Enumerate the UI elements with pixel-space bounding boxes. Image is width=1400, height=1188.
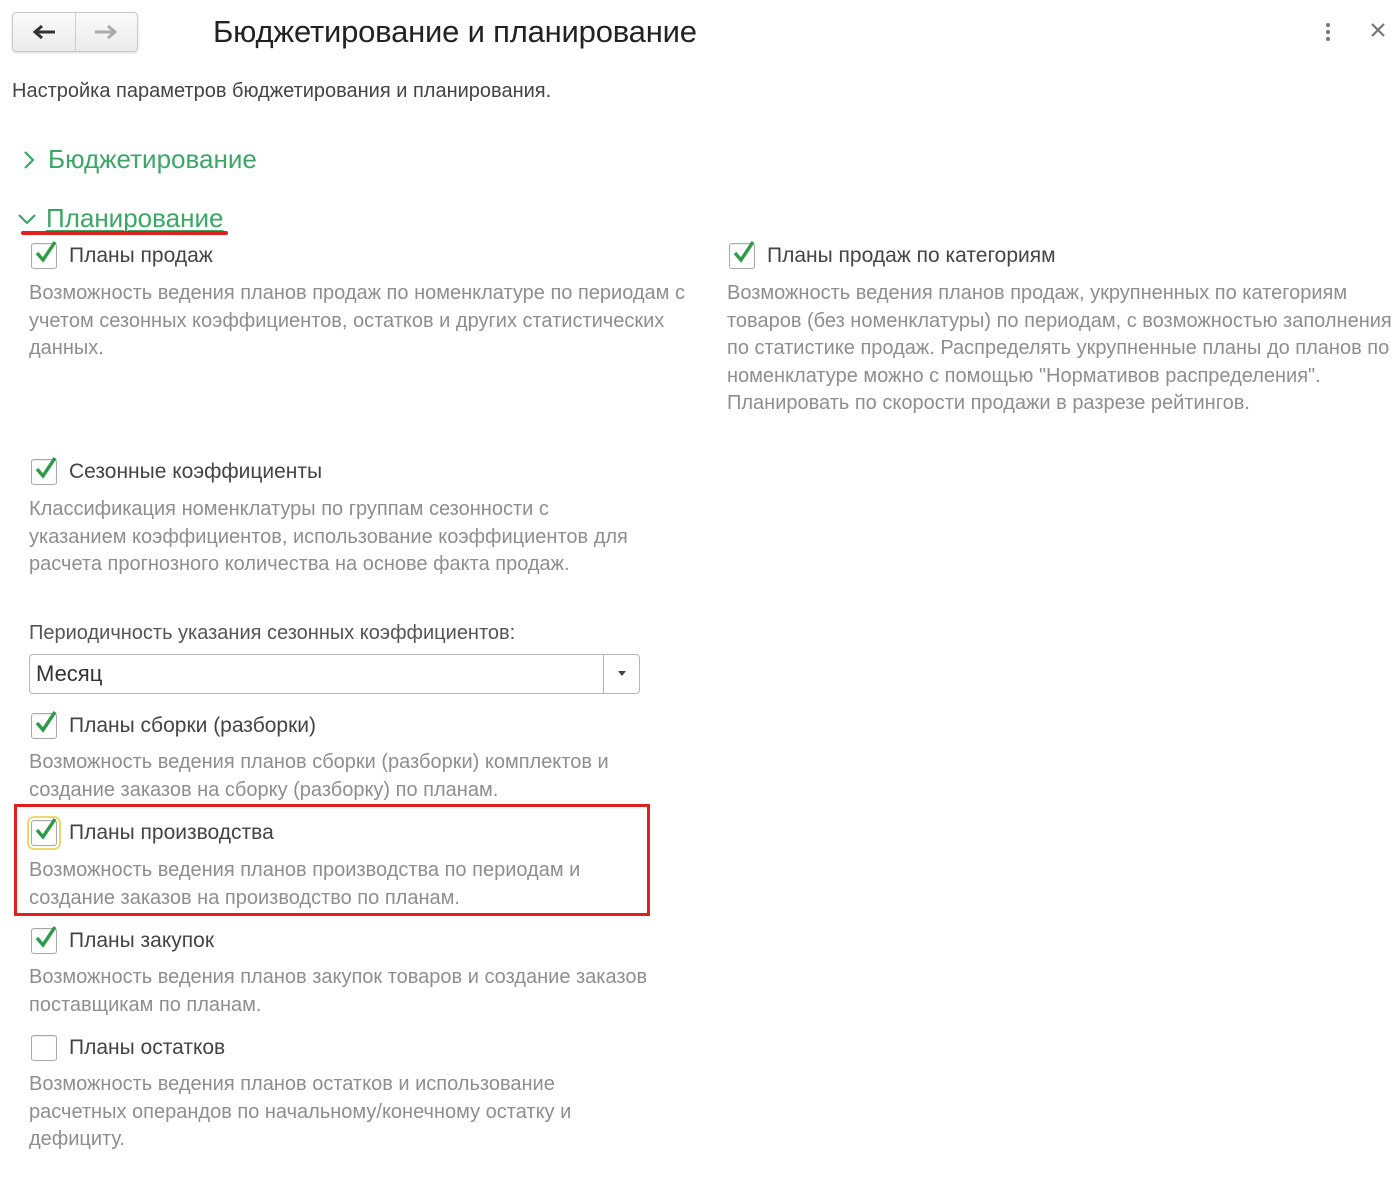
navigation-buttons [12,12,138,52]
group-budgeting-label: Бюджетирование [48,144,257,175]
checkbox-label: Планы продаж по категориям [767,244,1056,268]
arrow-left-icon [31,24,57,40]
group-planning-label: Планирование [46,203,223,234]
close-icon [1371,23,1385,37]
more-vertical-icon [1326,23,1330,27]
checkbox-production-plans[interactable]: Планы производства [31,820,274,846]
caret-down-icon [617,671,627,677]
checkmark-icon [732,239,756,265]
periodicity-select[interactable]: Месяц [29,654,640,694]
checkbox[interactable] [31,1035,57,1061]
checkmark-icon [34,455,58,481]
arrow-right-icon [93,24,119,40]
sales-plans-by-category-description: Возможность ведения планов продаж, укруп… [727,280,1392,418]
chevron-down-icon [16,212,38,226]
group-planning[interactable]: Планирование [16,203,223,234]
checkbox[interactable] [31,459,57,485]
checkbox-label: Сезонные коэффициенты [69,460,322,484]
dropdown-button[interactable] [603,655,639,693]
checkbox-assembly-plans[interactable]: Планы сборки (разборки) [31,713,316,739]
checkbox-label: Планы остатков [69,1036,225,1060]
forward-button[interactable] [75,13,138,51]
sales-plans-description: Возможность ведения планов продаж по ном… [29,280,699,363]
checkbox-stock-plans[interactable]: Планы остатков [31,1035,225,1061]
production-plans-description: Возможность ведения планов производства … [29,857,645,912]
back-button[interactable] [13,13,75,51]
checkbox[interactable] [31,928,57,954]
more-dot [1326,30,1330,34]
page-description: Настройка параметров бюджетирования и пл… [12,80,551,103]
more-dot [1326,37,1330,41]
checkbox-label: Планы сборки (разборки) [69,714,316,738]
checkmark-icon [34,709,58,735]
group-budgeting[interactable]: Бюджетирование [18,144,257,175]
periodicity-label: Периодичность указания сезонных коэффици… [29,622,515,645]
checkbox-sales-plans[interactable]: Планы продаж [31,243,213,269]
assembly-plans-description: Возможность ведения планов сборки (разбо… [29,749,689,804]
close-button[interactable] [1366,18,1390,42]
page-title: Бюджетирование и планирование [213,14,697,50]
purchase-plans-description: Возможность ведения планов закупок товар… [29,964,649,1019]
checkbox[interactable] [31,820,57,846]
checkbox[interactable] [729,243,755,269]
checkbox[interactable] [31,713,57,739]
stock-plans-description: Возможность ведения планов остатков и ис… [29,1071,649,1154]
checkbox[interactable] [31,243,57,269]
checkbox-label: Планы производства [69,821,274,845]
checkbox-purchase-plans[interactable]: Планы закупок [31,928,214,954]
seasonal-coefficients-description: Классификация номенклатуры по группам се… [29,496,639,579]
annotation-underline [21,231,228,235]
checkmark-icon [34,816,58,842]
checkbox-label: Планы продаж [69,244,213,268]
chevron-right-icon [18,150,40,170]
checkbox-sales-plans-by-category[interactable]: Планы продаж по категориям [729,243,1056,269]
checkbox-label: Планы закупок [69,929,214,953]
more-actions-button[interactable] [1318,20,1338,44]
checkbox-seasonal-coefficients[interactable]: Сезонные коэффициенты [31,459,322,485]
checkmark-icon [34,924,58,950]
periodicity-value[interactable]: Месяц [30,655,603,693]
checkmark-icon [34,239,58,265]
